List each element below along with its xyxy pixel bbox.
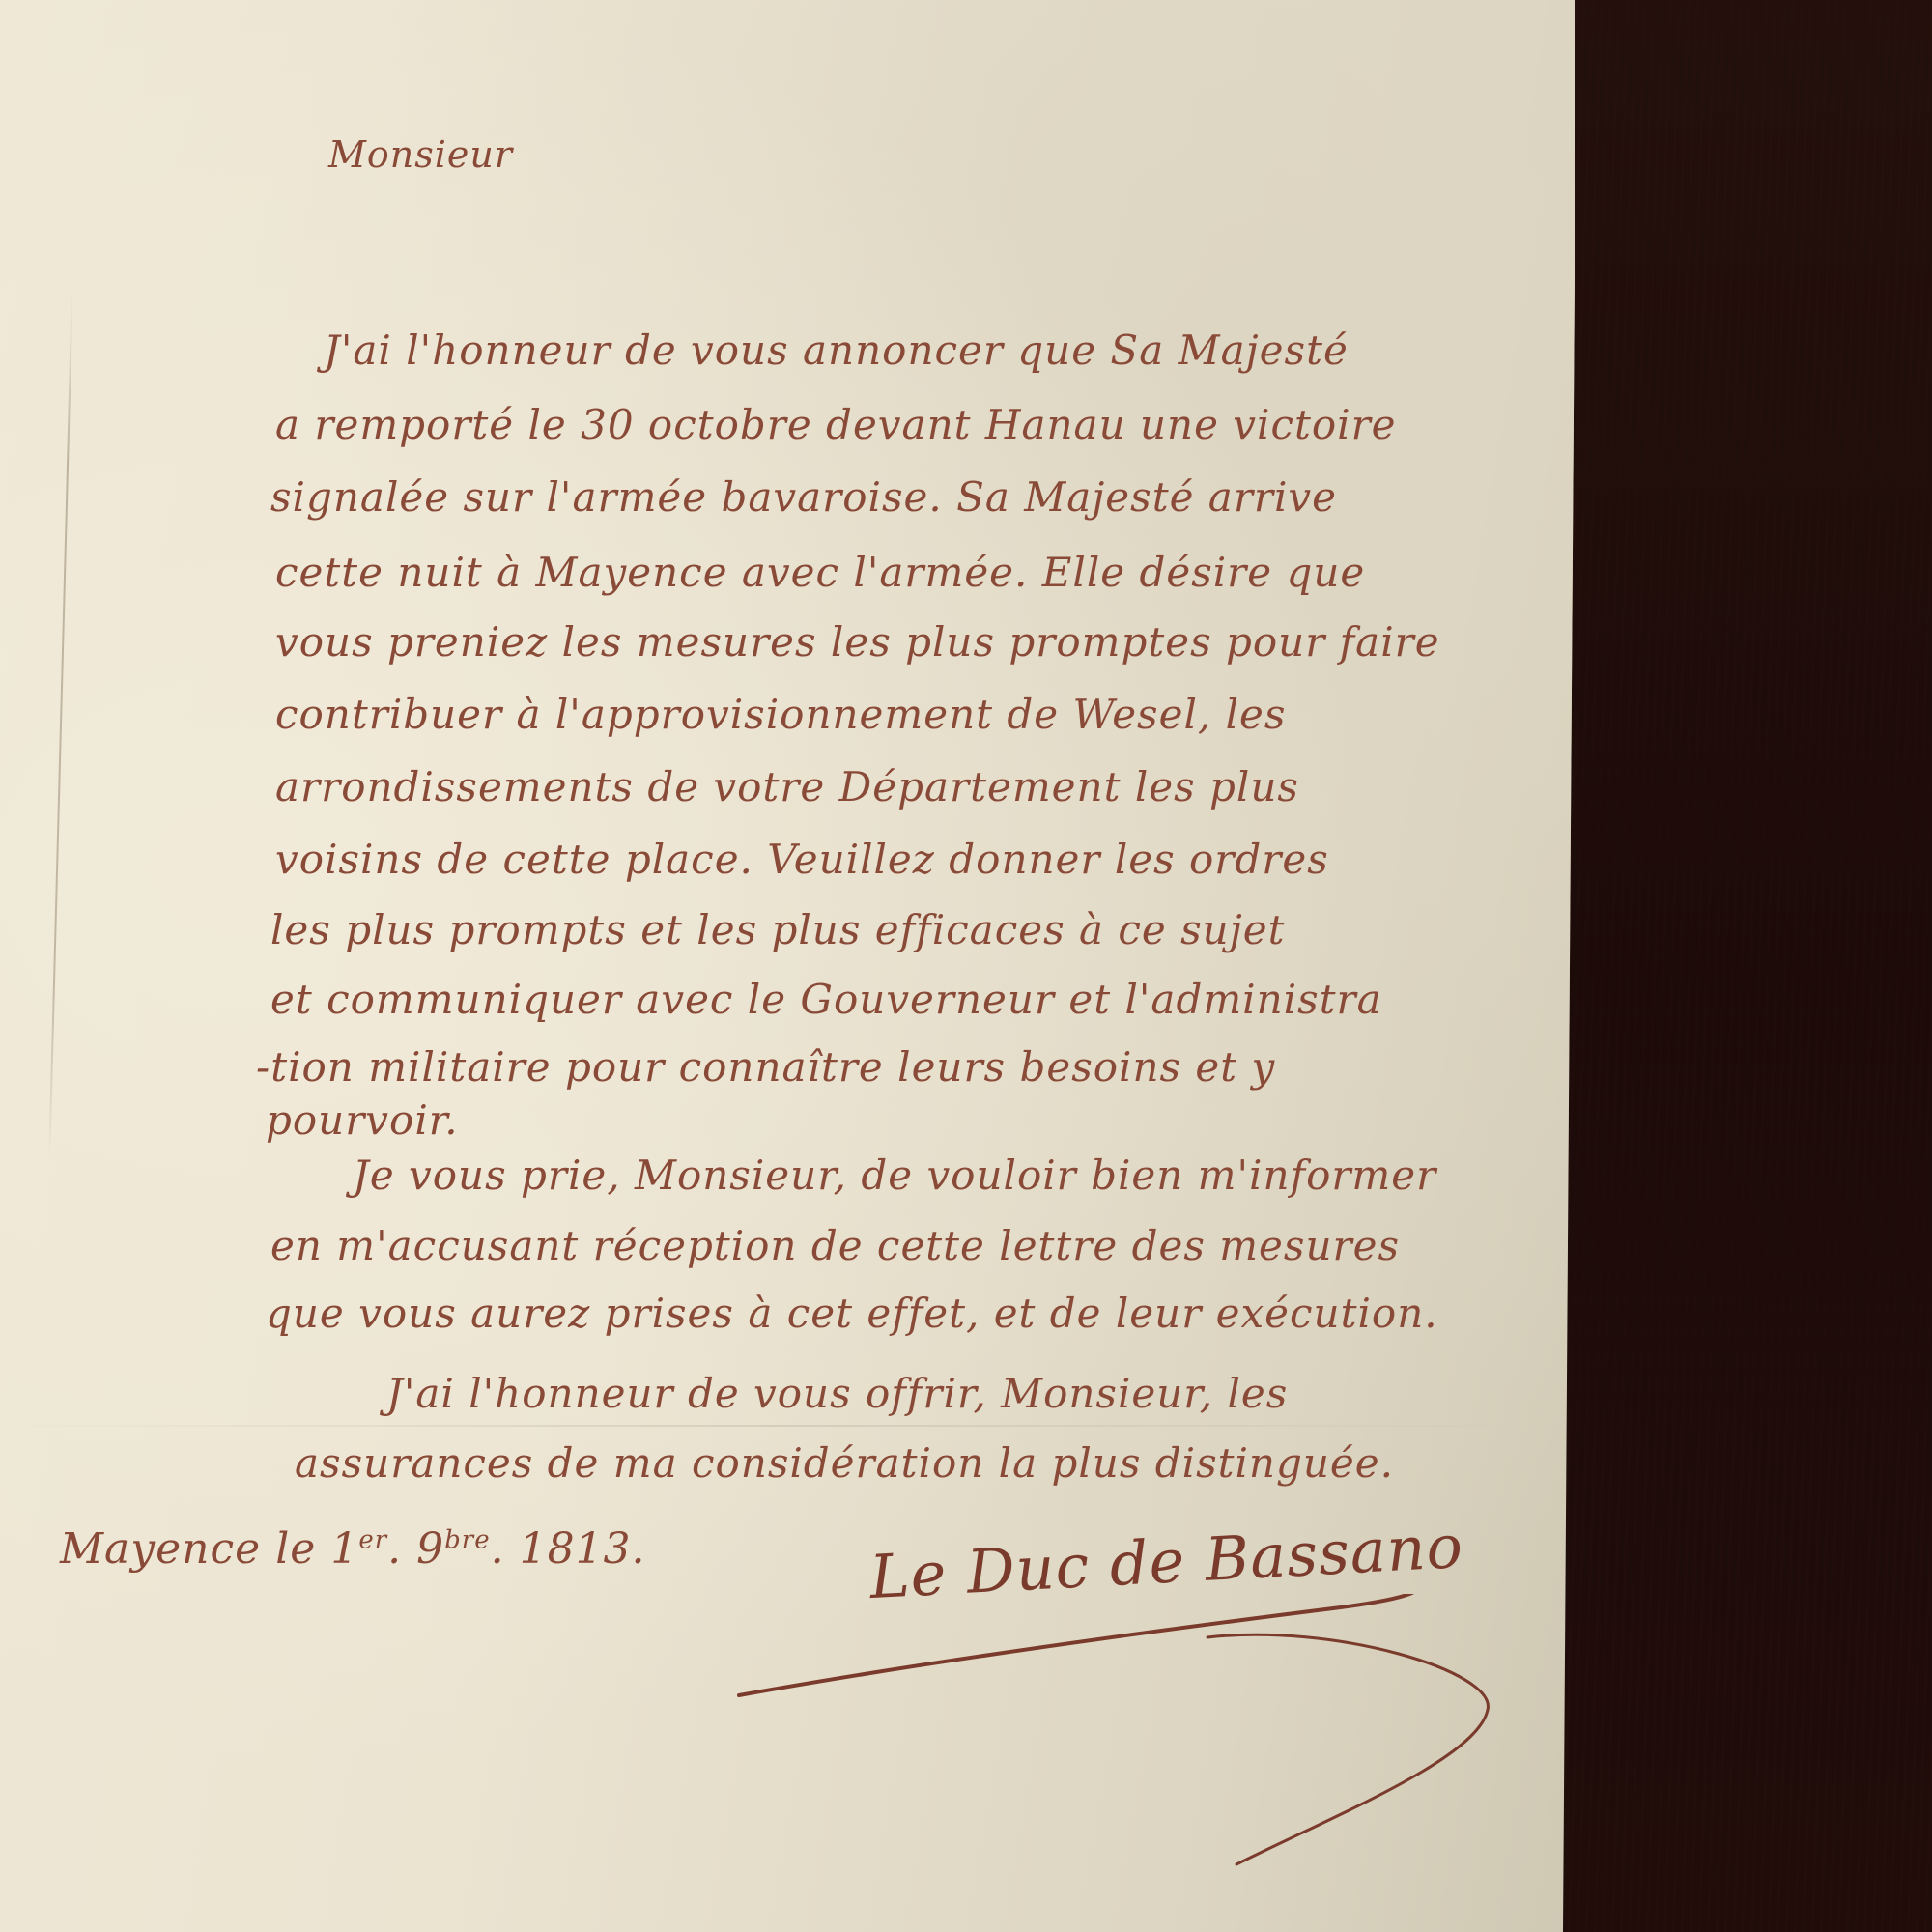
letter-line: que vous aurez prises à cet effet, et de… bbox=[266, 1290, 1438, 1337]
paper-fold-crease bbox=[48, 290, 73, 1159]
dateline-month-suffix: bre bbox=[444, 1525, 490, 1554]
letter-line: et communiquer avec le Gouverneur et l'a… bbox=[270, 976, 1382, 1023]
letter-line: cette nuit à Mayence avec l'armée. Elle … bbox=[275, 549, 1365, 596]
letter-line: J'ai l'honneur de vous annoncer que Sa M… bbox=[324, 327, 1349, 374]
salutation: Monsieur bbox=[328, 133, 513, 176]
dateline-place: Mayence le bbox=[60, 1524, 316, 1574]
letter-line: vous preniez les mesures les plus prompt… bbox=[275, 618, 1440, 666]
dateline-year: 1813. bbox=[520, 1524, 646, 1574]
letter-paper: Monsieur J'ai l'honneur de vous annoncer… bbox=[0, 0, 1575, 1932]
dateline: Mayence le 1er. 9bre. 1813. bbox=[60, 1524, 646, 1574]
letter-line: contribuer à l'approvisionnement de Wese… bbox=[275, 691, 1286, 738]
letter-line: pourvoir. bbox=[266, 1096, 459, 1144]
letter-line: les plus prompts et les plus efficaces à… bbox=[270, 906, 1285, 953]
signature-flourish-icon bbox=[734, 1594, 1507, 1903]
letter-line: Je vous prie, Monsieur, de vouloir bien … bbox=[353, 1151, 1436, 1199]
dateline-day: 1 bbox=[330, 1524, 358, 1574]
letter-line: -tion militaire pour connaître leurs bes… bbox=[256, 1043, 1275, 1091]
letter-line: J'ai l'honneur de vous offrir, Monsieur,… bbox=[386, 1370, 1288, 1417]
dateline-month: 9 bbox=[416, 1524, 444, 1574]
letter-line: signalée sur l'armée bavaroise. Sa Majes… bbox=[270, 473, 1337, 521]
letter-line: assurances de ma considération la plus d… bbox=[295, 1439, 1394, 1487]
paper-fold-crease-horizontal bbox=[0, 1425, 1565, 1427]
letter-line: en m'accusant réception de cette lettre … bbox=[270, 1222, 1400, 1269]
dateline-day-suffix: er bbox=[358, 1525, 387, 1554]
letter-line: a remporté le 30 octobre devant Hanau un… bbox=[275, 401, 1397, 448]
letter-line: voisins de cette place. Veuillez donner … bbox=[275, 836, 1329, 883]
letter-line: arrondissements de votre Département les… bbox=[275, 763, 1299, 810]
